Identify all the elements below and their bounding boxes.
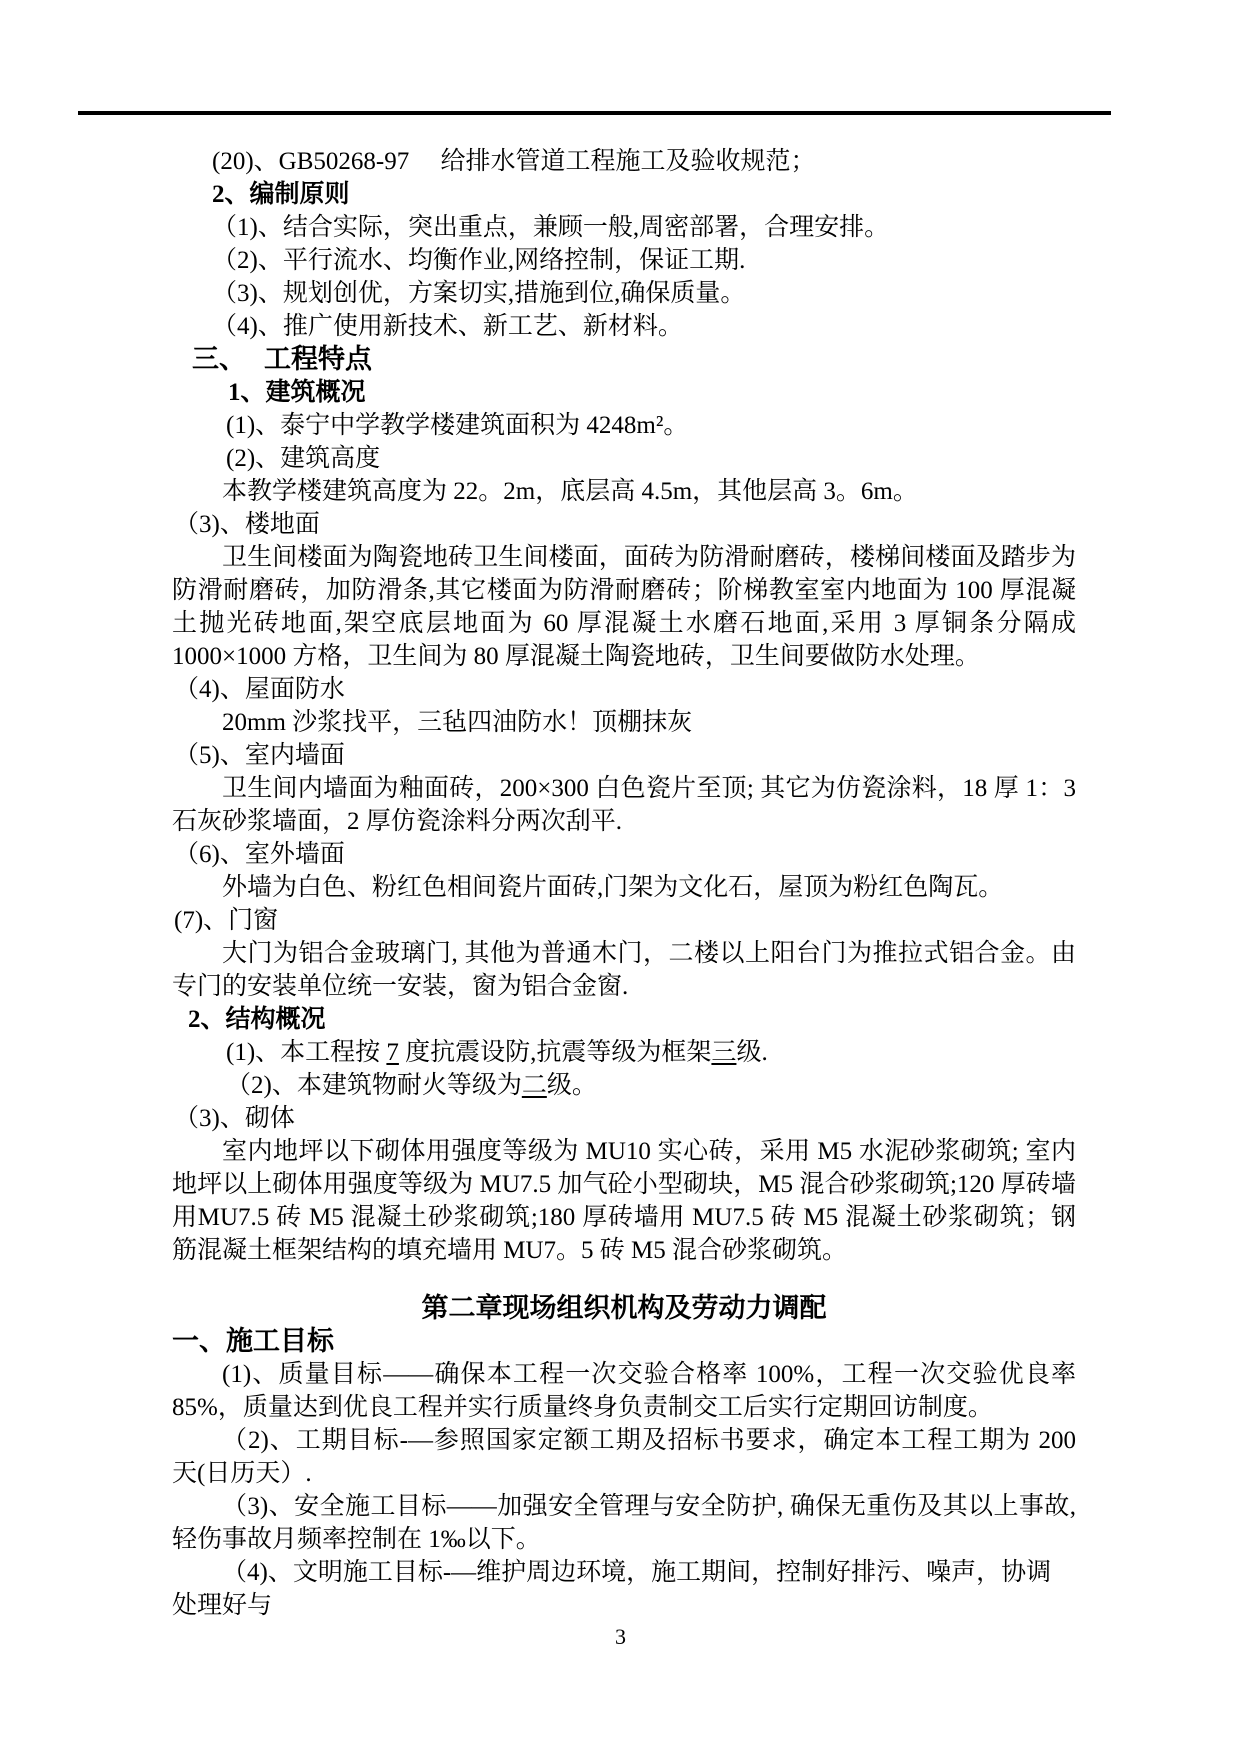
doc-line: （2)、本建筑物耐火等级为二级。	[226, 1069, 1076, 1102]
doc-line: （2)、平行流水、均衡作业,网络控制，保证工期.	[212, 244, 1076, 277]
section-heading: 一、施工目标	[172, 1325, 1076, 1358]
doc-line: 卫生间楼面为陶瓷地砖卫生间楼面，面砖为防滑耐磨砖，楼梯间楼面及踏步为防滑耐磨砖，…	[172, 541, 1076, 673]
doc-line: 20mm 沙浆找平，三毡四油防水！顶棚抹灰	[172, 706, 1076, 739]
doc-line: 2、编制原则	[212, 178, 1076, 211]
doc-line: 大门为铝合金玻璃门, 其他为普通木门，二楼以上阳台门为推拉式铝合金。由专门的安装…	[172, 937, 1076, 1003]
section-heading: 三、工程特点	[192, 343, 1076, 376]
text-segment: 级.	[736, 1039, 767, 1066]
doc-line: 本教学楼建筑高度为 22。2m，底层高 4.5m，其他层高 3。6m。	[172, 475, 1076, 508]
doc-line: (1)、质量目标——确保本工程一次交验合格率 100%，工程一次交验优良率 85…	[172, 1358, 1076, 1424]
sub-heading: 2、结构概况	[188, 1003, 1076, 1036]
doc-line: （3)、安全施工目标——加强安全管理与安全防护, 确保无重伤及其以上事故,轻伤事…	[172, 1490, 1076, 1556]
text-segment: 级。	[547, 1072, 597, 1099]
underlined-text: 二	[522, 1072, 547, 1099]
doc-line: （3)、楼地面	[174, 508, 1076, 541]
doc-line: (2)、建筑高度	[226, 442, 1076, 475]
doc-line: （6)、室外墙面	[174, 838, 1076, 871]
doc-line: （3)、砌体	[174, 1102, 1076, 1135]
text-segment: 工程特点	[264, 344, 372, 374]
text-segment: (1)、本工程按	[226, 1039, 386, 1066]
doc-line: 外墙为白色、粉红色相间瓷片面砖,门架为文化石，屋顶为粉红色陶瓦。	[172, 871, 1076, 904]
doc-line: (20)、GB50268-97 给排水管道工程施工及验收规范；	[212, 145, 1076, 178]
underlined-text: 三	[711, 1039, 736, 1066]
doc-line: 卫生间内墙面为釉面砖，200×300 白色瓷片至顶; 其它为仿瓷涂料，18 厚 …	[172, 772, 1076, 838]
header-rule	[78, 111, 1111, 115]
text-segment: 三、	[192, 344, 246, 374]
doc-line: (1)、本工程按 7 度抗震设防,抗震等级为框架三级.	[226, 1036, 1076, 1069]
doc-line: （4)、屋面防水	[174, 673, 1076, 706]
page-number: 3	[0, 1622, 1241, 1652]
doc-line: （5)、室内墙面	[174, 739, 1076, 772]
chapter-heading: 第二章现场组织机构及劳动力调配	[172, 1291, 1076, 1325]
sub-heading: 1、建筑概况	[228, 376, 1076, 409]
doc-line: （2)、工期目标-—参照国家定额工期及招标书要求，确定本工程工期为 200 天(…	[172, 1424, 1076, 1490]
doc-line: （3)、规划创优，方案切实,措施到位,确保质量。	[212, 277, 1076, 310]
doc-line: 室内地坪以下砌体用强度等级为 MU10 实心砖，采用 M5 水泥砂浆砌筑; 室内…	[172, 1135, 1076, 1267]
doc-line: (1)、泰宁中学教学楼建筑面积为 4248m²。	[226, 409, 1076, 442]
doc-line: （4)、文明施工目标-—维护周边环境，施工期间，控制好排污、噪声，协调处理好与	[172, 1556, 1076, 1622]
doc-line: （4)、推广使用新技术、新工艺、新材料。	[212, 310, 1076, 343]
document-body: (20)、GB50268-97 给排水管道工程施工及验收规范；2、编制原则（1)…	[172, 145, 1076, 1622]
document-page: (20)、GB50268-97 给排水管道工程施工及验收规范；2、编制原则（1)…	[0, 0, 1241, 1754]
text-segment: 度抗震设防,抗震等级为框架	[399, 1039, 712, 1066]
doc-line: (7)、门窗	[174, 904, 1076, 937]
text-segment: （2)、本建筑物耐火等级为	[226, 1072, 522, 1099]
doc-line: （1)、结合实际，突出重点，兼顾一般,周密部署，合理安排。	[212, 211, 1076, 244]
underlined-text: 7	[386, 1039, 399, 1066]
